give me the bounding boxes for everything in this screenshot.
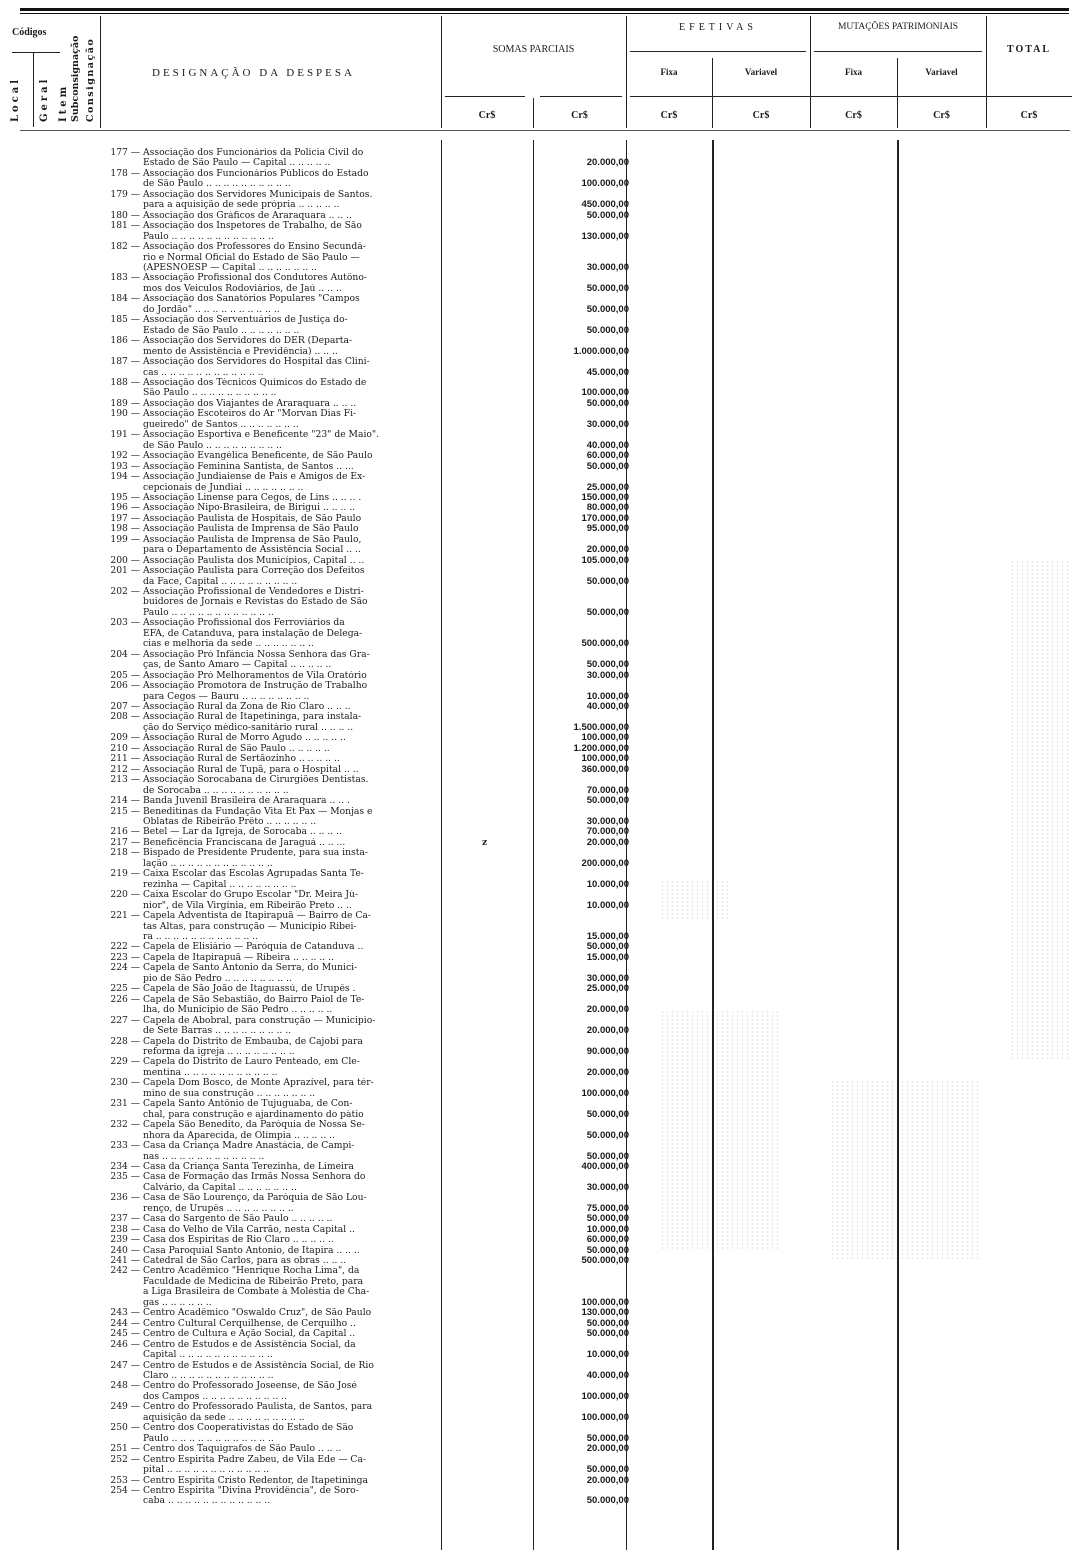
table-row: 220 —Caixa Escolar do Grupo Escolar "Dr.… <box>103 890 633 900</box>
item-code <box>103 253 143 263</box>
item-description: chal, para construção e ajardinamento do… <box>143 1110 443 1120</box>
table-row: 234 —Casa da Criança Santa Terezinha, de… <box>103 1162 633 1172</box>
item-description: Associação Profissional dos Ferroviários… <box>143 618 443 628</box>
item-amount: 50.000,00 <box>543 1329 629 1339</box>
item-description: cias e melhoria da sede .. .. .. .. .. .… <box>143 639 443 649</box>
top-rule <box>20 8 1069 11</box>
table-row: 253 —Centro Espirita Cristo Redentor, de… <box>103 1476 633 1486</box>
item-description: Associação Paulista de Imprensa de São P… <box>143 535 443 545</box>
table-row: 182 —Associação dos Professores do Ensin… <box>103 242 633 252</box>
table-row-continuation: mino de sua construção .. .. .. .. .. ..… <box>103 1089 633 1099</box>
item-description: nhora da Aparecida, de Olímpia .. .. .. … <box>143 1131 443 1141</box>
table-row: 238 —Casa do Velho de Vila Carrão, nesta… <box>103 1225 633 1235</box>
item-description: Caixa Escolar do Grupo Escolar "Dr. Meir… <box>143 890 443 900</box>
item-description: Associação dos Professores do Ensino Sec… <box>143 242 443 252</box>
table-row-continuation: cas .. .. .. .. .. .. .. .. .. .. .. ..4… <box>103 368 633 378</box>
item-description: Capela de Santo Antonio da Serra, do Mun… <box>143 963 443 973</box>
item-amount <box>543 472 629 482</box>
item-amount: 40.000,00 <box>543 1371 629 1381</box>
item-amount: 30.000,00 <box>543 263 629 273</box>
item-description: Associação Esportiva e Beneficente "23" … <box>143 430 443 440</box>
item-description: mino de sua construção .. .. .. .. .. ..… <box>143 1089 443 1099</box>
item-description: Associação Rural de Itapetininga, para i… <box>143 712 443 722</box>
item-description: de São Paulo .. .. .. .. .. .. .. .. .. <box>143 441 443 451</box>
item-code: 226 — <box>103 995 143 1005</box>
item-code: 232 — <box>103 1120 143 1130</box>
sub-header-divider <box>630 96 1072 97</box>
item-amount <box>543 242 629 252</box>
item-description: Associação dos Sanatórios Populares "Cam… <box>143 294 443 304</box>
table-row: 210 —Associação Rural de São Paulo .. ..… <box>103 744 633 754</box>
code-col-consignacao: Consignação <box>85 18 96 122</box>
item-amount <box>543 566 629 576</box>
item-amount: 50.000,00 <box>543 1465 629 1475</box>
item-amount: 10.000,00 <box>543 1350 629 1360</box>
item-description: gas .. .. .. .. .. .. <box>143 1298 443 1308</box>
table-row: 225 —Capela de São João de Itaguassú, de… <box>103 984 633 994</box>
item-description: buidores de Jornais e Revistas do Estado… <box>143 597 443 607</box>
item-description: para o Departamento de Assistência Socia… <box>143 545 443 555</box>
efetivas-variavel-header: Variavel <box>712 67 810 77</box>
somas-parciais-header: SOMAS PARCIAIS <box>441 44 626 55</box>
item-amount <box>543 1277 629 1287</box>
item-amount: 90.000,00 <box>543 1047 629 1057</box>
table-row-continuation: EFA, de Catanduva, para instalação de De… <box>103 629 633 639</box>
table-row: 183 —Associação Profissional dos Conduto… <box>103 273 633 283</box>
table-row-continuation: lação .. .. .. .. .. .. .. .. .. .. .. .… <box>103 859 633 869</box>
item-description: Capital .. .. .. .. .. .. .. .. .. .. .. <box>143 1350 443 1360</box>
item-amount: 50.000,00 <box>543 1110 629 1120</box>
item-code: 219 — <box>103 869 143 879</box>
table-row: 184 —Associação dos Sanatórios Populares… <box>103 294 633 304</box>
item-description: gueiredo" de Santos .. .. .. .. .. .. .. <box>143 420 443 430</box>
item-description: Associação Sorocabana de Cirurgiões Dent… <box>143 775 443 785</box>
item-description: Casa do Velho de Vila Carrão, nesta Capi… <box>143 1225 443 1235</box>
table-row-continuation: Faculdade de Medicina de Ribeirão Preto,… <box>103 1277 633 1287</box>
body-col-line-mutacoes <box>897 140 899 1550</box>
item-code: 224 — <box>103 963 143 973</box>
table-row: 221 —Capela Adventista de Itapirapuã — B… <box>103 911 633 921</box>
item-amount: 50.000,00 <box>543 577 629 587</box>
table-row: 204 —Associação Pró Infância Nossa Senho… <box>103 650 633 660</box>
table-row-continuation: Claro .. .. .. .. .. .. .. .. .. .. .. .… <box>103 1371 633 1381</box>
table-row: 237 —Casa do Sargento de São Paulo .. ..… <box>103 1214 633 1224</box>
table-row-continuation: (APESNOESP — Capital .. .. .. .. .. .. .… <box>103 263 633 273</box>
efetivas-header: EFETIVAS <box>626 22 810 33</box>
item-code <box>103 629 143 639</box>
table-row-continuation: gueiredo" de Santos .. .. .. .. .. .. ..… <box>103 420 633 430</box>
table-row-continuation: Estado de São Paulo — Capital .. .. .. .… <box>103 158 633 168</box>
item-description: Centro do Professorado Paulista, de Sant… <box>143 1402 443 1412</box>
item-description: aquisição da sede .. .. .. .. .. .. .. .… <box>143 1413 443 1423</box>
table-row: 250 —Centro dos Cooperativistas do Estad… <box>103 1423 633 1433</box>
item-description: Associação Paulista de Hospitais, de São… <box>143 514 443 524</box>
table-row: 217 —Beneficência Franciscana de Jaraguá… <box>103 838 633 848</box>
item-description: Associação dos Inspetores de Trabalho, d… <box>143 221 443 231</box>
item-amount: 20.000,00 <box>543 838 629 848</box>
table-row: 232 —Capela São Benedito, da Paróquia de… <box>103 1120 633 1130</box>
item-amount: 50.000,00 <box>543 305 629 315</box>
table-row: 233 —Casa da Criança Madre Anastácia, de… <box>103 1141 633 1151</box>
item-amount: 100.000,00 <box>543 179 629 189</box>
item-code: 185 — <box>103 315 143 325</box>
item-amount: 130.000,00 <box>543 232 629 242</box>
item-amount: 50.000,00 <box>543 462 629 472</box>
item-code: 242 — <box>103 1266 143 1276</box>
item-description: Betel — Lar da Igreja, de Sorocaba .. ..… <box>143 827 443 837</box>
table-row: 178 —Associação dos Funcionários Público… <box>103 169 633 179</box>
item-amount: 100.000,00 <box>543 1392 629 1402</box>
table-row-continuation: Paulo .. .. .. .. .. .. .. .. .. .. .. .… <box>103 608 633 618</box>
table-row: 193 —Associação Feminina Santista, de Sa… <box>103 462 633 472</box>
item-amount <box>543 357 629 367</box>
table-row-continuation: tas Altas, para construção — Município R… <box>103 922 633 932</box>
item-description: pital .. .. .. .. .. .. .. .. .. .. .. .… <box>143 1465 443 1475</box>
item-description: para Cegos — Bauru .. .. .. .. .. .. .. … <box>143 692 443 702</box>
table-row-continuation: lha, do Municipio de São Pedro .. .. .. … <box>103 1005 633 1015</box>
table-row: 198 —Associação Paulista de Imprensa de … <box>103 524 633 534</box>
item-amount <box>543 587 629 597</box>
item-description: lação .. .. .. .. .. .. .. .. .. .. .. .… <box>143 859 443 869</box>
item-amount: 1.000.000,00 <box>543 347 629 357</box>
item-amount <box>543 1141 629 1151</box>
table-row: 186 —Associação dos Servidores do DER (D… <box>103 336 633 346</box>
currency-somas-2: Cr$ <box>533 110 626 121</box>
table-row: 205 —Associação Pró Melhoramentos de Vil… <box>103 671 633 681</box>
item-amount: 50.000,00 <box>543 399 629 409</box>
table-row: 180 —Associação dos Gráficos de Araraqua… <box>103 211 633 221</box>
item-amount: 50.000,00 <box>543 326 629 336</box>
table-row-continuation: gas .. .. .. .. .. ..100.000,00 <box>103 1298 633 1308</box>
table-row-continuation: São Paulo .. .. .. .. .. .. .. .. .. ..1… <box>103 388 633 398</box>
table-row: 244 —Centro Cultural Cerquilhense, de Ce… <box>103 1319 633 1329</box>
item-code: 230 — <box>103 1078 143 1088</box>
item-description: Paulo .. .. .. .. .. .. .. .. .. .. .. .… <box>143 1434 443 1444</box>
item-description: Associação Rural de Sertãozinho .. .. ..… <box>143 754 443 764</box>
item-code: 247 — <box>103 1361 143 1371</box>
item-amount: 50.000,00 <box>543 284 629 294</box>
item-description: Centro dos Cooperativistas do Estado de … <box>143 1423 443 1433</box>
table-row: 245 —Centro de Cultura e Ação Social, da… <box>103 1329 633 1339</box>
item-amount <box>543 618 629 628</box>
item-amount: 20.000,00 <box>543 1026 629 1036</box>
table-row-continuation: do Jordão" .. .. .. .. .. .. .. .. .. ..… <box>103 305 633 315</box>
table-row-continuation: chal, para construção e ajardinamento do… <box>103 1110 633 1120</box>
table-row-continuation: mos dos Veiculos Rodoviários, de Jaú .. … <box>103 284 633 294</box>
item-code: 202 — <box>103 587 143 597</box>
table-row: 228 —Capela do Distrito de Embauba, de C… <box>103 1037 633 1047</box>
item-description: Associação Rural de Morro Agudo .. .. ..… <box>143 733 443 743</box>
item-code: 249 — <box>103 1402 143 1412</box>
item-amount: 500.000,00 <box>543 1256 629 1266</box>
codes-right-border <box>100 16 101 128</box>
table-row: 241 —Catedral de São Carlos, para as obr… <box>103 1256 633 1266</box>
table-row: 212 —Associação Rural de Tupã, para o Ho… <box>103 765 633 775</box>
table-row: 249 —Centro do Professorado Paulista, de… <box>103 1402 633 1412</box>
scan-noise <box>660 880 730 920</box>
table-row-continuation: reforma da igreja .. .. .. .. .. .. .. .… <box>103 1047 633 1057</box>
table-row-continuation: mentina .. .. .. .. .. .. .. .. .. .. ..… <box>103 1068 633 1078</box>
item-description: Capela de São João de Itaguassú, de Urup… <box>143 984 443 994</box>
item-code: 239 — <box>103 1235 143 1245</box>
table-row: 191 —Associação Esportiva e Beneficente … <box>103 430 633 440</box>
item-code: 203 — <box>103 618 143 628</box>
table-row-continuation: rezinha — Capital .. .. .. .. .. .. .. .… <box>103 880 633 890</box>
item-amount: 400.000,00 <box>543 1162 629 1172</box>
item-amount: 40.000,00 <box>543 702 629 712</box>
item-description: Paulo .. .. .. .. .. .. .. .. .. .. .. .… <box>143 232 443 242</box>
total-header: TOTAL <box>986 44 1072 55</box>
table-row: 197 —Associação Paulista de Hospitais, d… <box>103 514 633 524</box>
item-description: Capela São Benedito, da Paróquia de Noss… <box>143 1120 443 1130</box>
item-amount: 360.000,00 <box>543 765 629 775</box>
item-amount: 10.000,00 <box>543 901 629 911</box>
item-code <box>103 1465 143 1475</box>
item-description: nas .. .. .. .. .. .. .. .. .. .. .. .. <box>143 1152 443 1162</box>
item-amount: 100.000,00 <box>543 1089 629 1099</box>
table-row: 195 —Associação Linense para Cegos, de L… <box>103 493 633 503</box>
table-row: 246 —Centro de Estudos e de Assistência … <box>103 1340 633 1350</box>
table-row: 230 —Capela Dom Bosco, de Monte Aprazíve… <box>103 1078 633 1088</box>
item-amount: 10.000,00 <box>543 880 629 890</box>
table-row: 211 —Associação Rural de Sertãozinho .. … <box>103 754 633 764</box>
item-code: 231 — <box>103 1099 143 1109</box>
table-row: 185 —Associação dos Serventuários de Jus… <box>103 315 633 325</box>
item-code: 221 — <box>103 911 143 921</box>
item-description: Beneditinas da Fundação Vita Et Pax — Mo… <box>143 807 443 817</box>
item-code: 208 — <box>103 712 143 722</box>
item-description: Associação Promotora de Instrução de Tra… <box>143 681 443 691</box>
item-description: Centro Espirita Cristo Redentor, de Itap… <box>143 1476 443 1486</box>
item-code: 218 — <box>103 848 143 858</box>
table-row: 190 —Associação Escoteiros do Ar "Morvan… <box>103 409 633 419</box>
table-row-continuation: da Face, Capital .. .. .. .. .. .. .. ..… <box>103 577 633 587</box>
item-amount: 20.000,00 <box>543 1068 629 1078</box>
item-code <box>103 1026 143 1036</box>
item-code: 229 — <box>103 1057 143 1067</box>
table-row: 199 —Associação Paulista de Imprensa de … <box>103 535 633 545</box>
item-description: Casa de Formação das Irmãs Nossa Senhora… <box>143 1172 443 1182</box>
item-code: 199 — <box>103 535 143 545</box>
item-description: Associação Escoteiros do Ar "Morvan Dias… <box>143 409 443 419</box>
mutacoes-divider <box>814 51 982 52</box>
mutacoes-variavel-header: Variavel <box>897 67 986 77</box>
table-row-continuation: de Sorocaba .. .. .. .. .. .. .. .. .. .… <box>103 786 633 796</box>
item-amount: 20.000,00 <box>543 1476 629 1486</box>
item-code: 177 — <box>103 148 143 158</box>
item-code: 190 — <box>103 409 143 419</box>
item-description: São Paulo .. .. .. .. .. .. .. .. .. .. <box>143 388 443 398</box>
scan-noise <box>830 1080 980 1260</box>
item-description: Oblatas de Ribeirão Prêto .. .. .. .. ..… <box>143 817 443 827</box>
table-row-continuation: aquisição da sede .. .. .. .. .. .. .. .… <box>103 1413 633 1423</box>
item-description: Capela de Elisiário — Paróquia de Catand… <box>143 942 443 952</box>
table-row: 222 —Capela de Elisiário — Paróquia de C… <box>103 942 633 952</box>
item-description: renço, de Urupês .. .. .. .. .. .. .. .. <box>143 1204 443 1214</box>
item-description: Associação dos Funcionários Públicos do … <box>143 169 443 179</box>
item-description: Banda Juvenil Brasileira de Araraquara .… <box>143 796 443 806</box>
item-amount: 20.000,00 <box>543 1444 629 1454</box>
table-row: 215 —Beneditinas da Fundação Vita Et Pax… <box>103 807 633 817</box>
item-amount: 30.000,00 <box>543 420 629 430</box>
item-description: rezinha — Capital .. .. .. .. .. .. .. .… <box>143 880 443 890</box>
scan-noise <box>660 1010 780 1250</box>
table-row: 203 —Associação Profissional dos Ferrovi… <box>103 618 633 628</box>
table-row: 209 —Associação Rural de Morro Agudo .. … <box>103 733 633 743</box>
table-row-continuation: nhora da Aparecida, de Olímpia .. .. .. … <box>103 1131 633 1141</box>
item-description: Caixa Escolar das Escolas Agrupadas Sant… <box>143 869 443 879</box>
item-description: Associação Evangélica Beneficente, de Sã… <box>143 451 443 461</box>
item-description: mentina .. .. .. .. .. .. .. .. .. .. .. <box>143 1068 443 1078</box>
table-row: 223 —Capela de Itapirapuã — Ribeira .. .… <box>103 953 633 963</box>
item-code: 233 — <box>103 1141 143 1151</box>
item-description: Associação Nipo-Brasileira, de Birigui .… <box>143 503 443 513</box>
item-description: (APESNOESP — Capital .. .. .. .. .. .. .… <box>143 263 443 273</box>
item-description: Estado de São Paulo .. .. .. .. .. .. .. <box>143 326 443 336</box>
item-description: Capela do Distrito de Embauba, de Cajobi… <box>143 1037 443 1047</box>
table-row: 227 —Capela de Abobral, para construção … <box>103 1016 633 1026</box>
item-description: Associação dos Serventuários de Justiça … <box>143 315 443 325</box>
item-code: 206 — <box>103 681 143 691</box>
table-row-continuation: pio de São Pedro .. .. .. .. .. .. .. ..… <box>103 974 633 984</box>
item-description: ças, de Santo Amaro — Capital .. .. .. .… <box>143 660 443 670</box>
item-description: Faculdade de Medicina de Ribeirão Preto,… <box>143 1277 443 1287</box>
item-description: para a aquisição de sede própria .. .. .… <box>143 200 443 210</box>
item-code: 254 — <box>103 1486 143 1496</box>
expense-table-body: 177 —Associação dos Funcionários da Poli… <box>103 148 633 1507</box>
table-row: 236 —Casa de São Lourenço, da Paróquia d… <box>103 1193 633 1203</box>
item-description: Capela de São Sebastião, do Bairro Paiol… <box>143 995 443 1005</box>
code-col-local: Local <box>10 60 21 122</box>
item-amount: 95.000,00 <box>543 524 629 534</box>
item-description: Associação dos Gráficos de Araraquara ..… <box>143 211 443 221</box>
item-description: Associação Rural de Tupã, para o Hospita… <box>143 765 443 775</box>
item-description: dos Campos .. .. .. .. .. .. .. .. .. .. <box>143 1392 443 1402</box>
item-description: ção do Serviço médico-sanitário rural ..… <box>143 723 443 733</box>
currency-mutacoes-variavel: Cr$ <box>897 110 986 121</box>
item-amount: 50.000,00 <box>543 796 629 806</box>
item-code: 220 — <box>103 890 143 900</box>
table-row-continuation: caba .. .. .. .. .. .. .. .. .. .. .. ..… <box>103 1496 633 1506</box>
mutacoes-fixa-header: Fixa <box>810 67 897 77</box>
item-amount: 30.000,00 <box>543 671 629 681</box>
item-code: 188 — <box>103 378 143 388</box>
table-row-continuation: de Sete Barras .. .. .. .. .. .. .. .. .… <box>103 1026 633 1036</box>
item-description: mos dos Veiculos Rodoviários, de Jaú .. … <box>143 284 443 294</box>
table-row: 240 —Casa Paroquial Santo Antonio, de It… <box>103 1246 633 1256</box>
item-code: 182 — <box>103 242 143 252</box>
item-amount: 100.000,00 <box>543 1413 629 1423</box>
table-row-continuation: mento de Assistência e Previdência) .. .… <box>103 347 633 357</box>
currency-mutacoes-fixa: Cr$ <box>810 110 897 121</box>
item-description: Associação dos Viajantes de Araraquara .… <box>143 399 443 409</box>
table-row-continuation: para a aquisição de sede própria .. .. .… <box>103 200 633 210</box>
item-description: de São Paulo .. .. .. .. .. .. .. .. .. … <box>143 179 443 189</box>
table-row: 196 —Associação Nipo-Brasileira, de Biri… <box>103 503 633 513</box>
item-description: ra .. .. .. .. .. .. .. .. .. .. .. .. <box>143 932 443 942</box>
codigos-header: Códigos <box>12 27 46 38</box>
table-row: 224 —Capela de Santo Antonio da Serra, d… <box>103 963 633 973</box>
item-code <box>103 1287 143 1297</box>
item-description: Associação Linense para Cegos, de Lins .… <box>143 493 443 503</box>
item-code: 194 — <box>103 472 143 482</box>
item-code: 214 — <box>103 796 143 806</box>
efetivas-fixa-header: Fixa <box>626 67 712 77</box>
item-description: Associação Jundiaiense de Pais e Amigos … <box>143 472 443 482</box>
table-row-continuation: para Cegos — Bauru .. .. .. .. .. .. .. … <box>103 692 633 702</box>
item-amount: 200.000,00 <box>543 859 629 869</box>
item-amount: 20.000,00 <box>543 1005 629 1015</box>
item-description: pio de São Pedro .. .. .. .. .. .. .. .. <box>143 974 443 984</box>
item-description: tas Altas, para construção — Município R… <box>143 922 443 932</box>
item-description: Casa dos Espiritas de Rio Claro .. .. ..… <box>143 1235 443 1245</box>
table-row-continuation: Paulo .. .. .. .. .. .. .. .. .. .. .. .… <box>103 232 633 242</box>
table-row-continuation: nas .. .. .. .. .. .. .. .. .. .. .. ..5… <box>103 1152 633 1162</box>
item-amount: 50.000,00 <box>543 1496 629 1506</box>
item-description: Associação dos Servidores Municipais de … <box>143 190 443 200</box>
item-description: Centro de Estudos e de Assistência Socia… <box>143 1340 443 1350</box>
top-rule-thin <box>20 13 1069 14</box>
table-row: 207 —Associação Rural da Zona de Rio Cla… <box>103 702 633 712</box>
item-amount: 500.000,00 <box>543 639 629 649</box>
item-amount: 105.000,00 <box>543 556 629 566</box>
item-description: Casa do Sargento de São Paulo .. .. .. .… <box>143 1214 443 1224</box>
table-row: 219 —Caixa Escolar das Escolas Agrupadas… <box>103 869 633 879</box>
item-description: Associação Pró Melhoramentos de Vila Ora… <box>143 671 443 681</box>
item-description: Associação Paulista dos Municípios, Capi… <box>143 556 443 566</box>
item-code: 187 — <box>103 357 143 367</box>
item-description: Calvário, da Capital .. .. .. .. .. .. .… <box>143 1183 443 1193</box>
table-row: 254 —Centro Espirita "Divina Providência… <box>103 1486 633 1496</box>
item-description: Paulo .. .. .. .. .. .. .. .. .. .. .. .… <box>143 608 443 618</box>
item-description: Capela Santo Antônio de Tujuguaba, de Co… <box>143 1099 443 1109</box>
currency-somas-1: Cr$ <box>441 110 533 121</box>
table-row: 192 —Associação Evangélica Beneficente, … <box>103 451 633 461</box>
item-amount: 50.000,00 <box>543 1131 629 1141</box>
table-row-continuation: Capital .. .. .. .. .. .. .. .. .. .. ..… <box>103 1350 633 1360</box>
table-row-continuation: dos Campos .. .. .. .. .. .. .. .. .. ..… <box>103 1392 633 1402</box>
item-amount: 15.000,00 <box>543 953 629 963</box>
table-row: 247 —Centro de Estudos e de Assistência … <box>103 1361 633 1371</box>
item-description: reforma da igreja .. .. .. .. .. .. .. .… <box>143 1047 443 1057</box>
item-description: caba .. .. .. .. .. .. .. .. .. .. .. .. <box>143 1496 443 1506</box>
item-code: 250 — <box>103 1423 143 1433</box>
item-code: 204 — <box>103 650 143 660</box>
item-description: mento de Assistência e Previdência) .. .… <box>143 347 443 357</box>
table-row-continuation: Estado de São Paulo .. .. .. .. .. .. ..… <box>103 326 633 336</box>
table-row: 206 —Associação Promotora de Instrução d… <box>103 681 633 691</box>
item-description: Bispado de Presidente Prudente, para sua… <box>143 848 443 858</box>
item-description: Catedral de São Carlos, para as obras ..… <box>143 1256 443 1266</box>
item-description: Estado de São Paulo — Capital .. .. .. .… <box>143 158 443 168</box>
item-amount <box>543 911 629 921</box>
item-code: 236 — <box>103 1193 143 1203</box>
item-description: Associação Rural de São Paulo .. .. .. .… <box>143 744 443 754</box>
item-description: Associação Feminina Santista, de Santos … <box>143 462 443 472</box>
somas-divider-a <box>445 96 525 97</box>
codigos-divider <box>12 52 60 53</box>
table-row: 188 —Associação dos Técnicos Químicos do… <box>103 378 633 388</box>
item-code: 246 — <box>103 1340 143 1350</box>
table-row: 231 —Capela Santo Antônio de Tujuguaba, … <box>103 1099 633 1109</box>
item-code: 178 — <box>103 169 143 179</box>
table-row: 229 —Capela do Distrito de Lauro Pentead… <box>103 1057 633 1067</box>
table-row-continuation: cepcionais de Jundiai .. .. .. .. .. .. … <box>103 483 633 493</box>
table-row: 187 —Associação dos Servidores do Hospit… <box>103 357 633 367</box>
item-description: Casa Paroquial Santo Antonio, de Itapira… <box>143 1246 443 1256</box>
item-amount: 60.000,00 <box>543 1235 629 1245</box>
item-description: de Sete Barras .. .. .. .. .. .. .. .. .… <box>143 1026 443 1036</box>
